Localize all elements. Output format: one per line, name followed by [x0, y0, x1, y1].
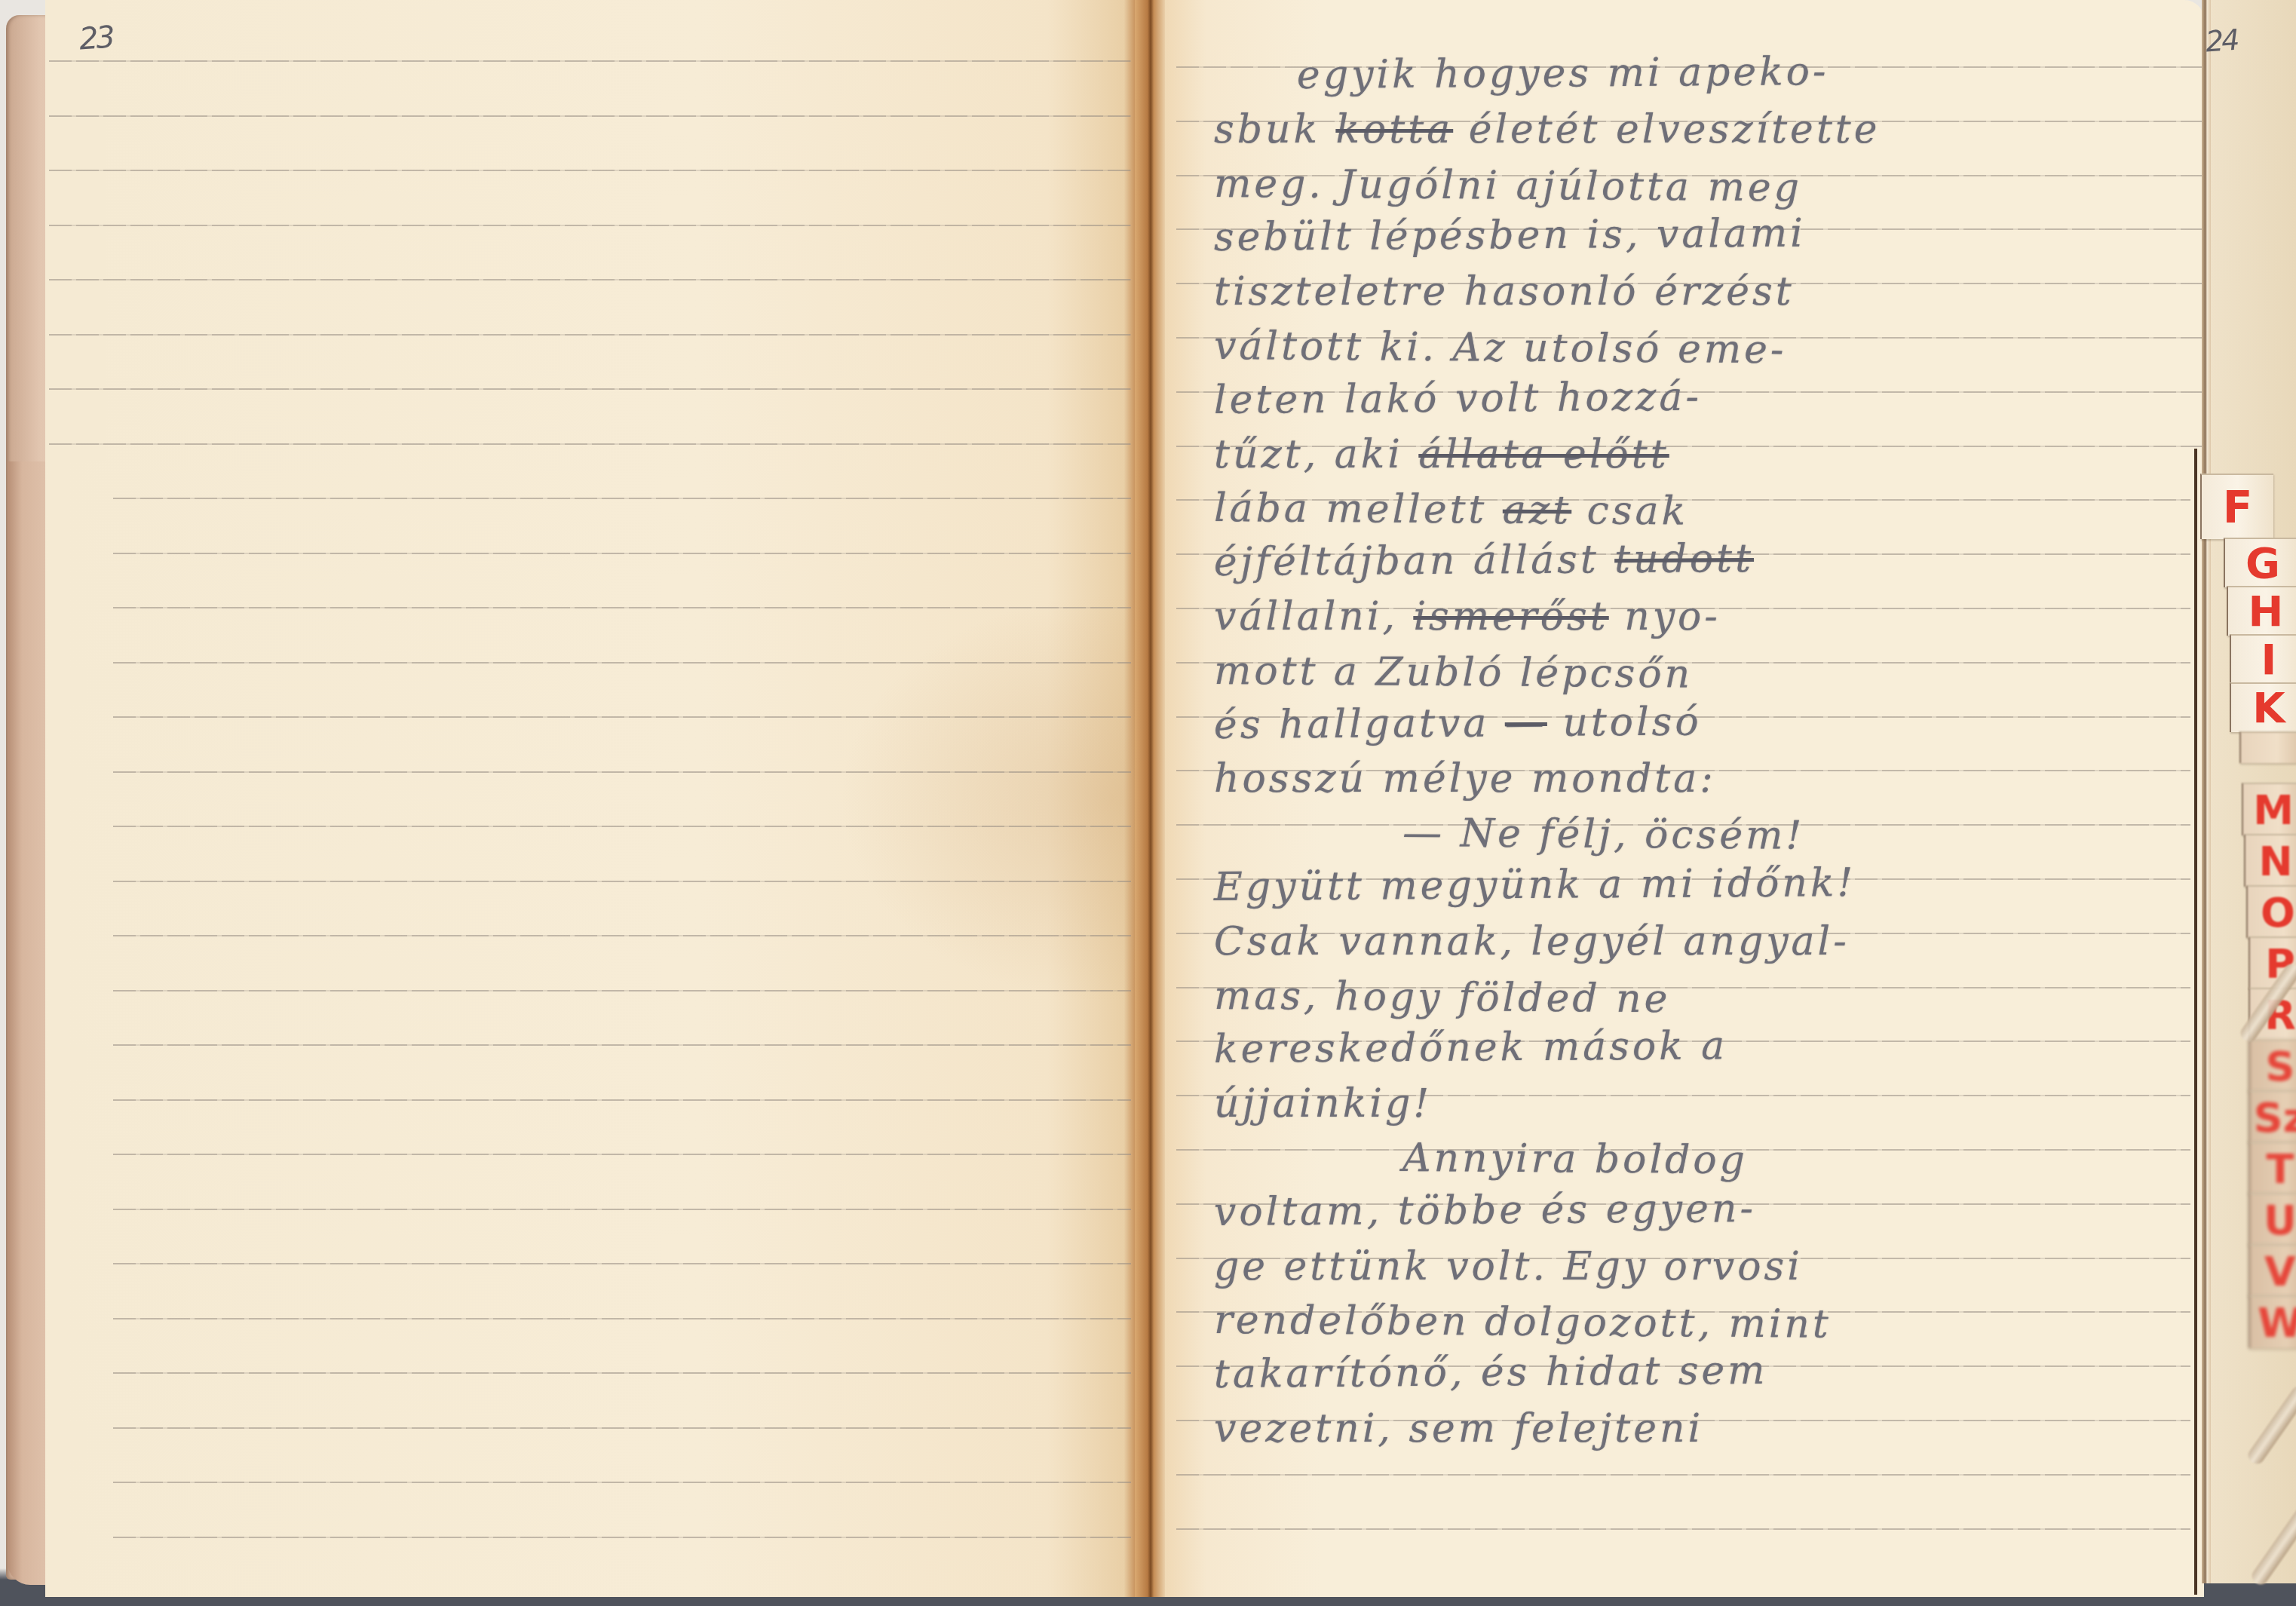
handwritten-line: leten lakó volt hozzá- [1214, 374, 1702, 423]
index-tab-letter: O [2261, 889, 2295, 936]
ruled-line [113, 935, 1131, 936]
handwritten-line: és hallgatva — utolsó [1214, 699, 1702, 748]
index-tab-letter: G [2245, 539, 2280, 588]
handwritten-line: Annyira boldog [1402, 1136, 1748, 1183]
handwritten-line: rendelőben dolgozott, mint [1214, 1298, 1832, 1347]
ruled-line [113, 553, 1131, 554]
page-number-right: 24 [2205, 23, 2239, 59]
index-tab-letter: L [2258, 725, 2284, 772]
index-tab-w[interactable]: W [2248, 1295, 2296, 1348]
handwritten-line: mas, hogy földed ne [1214, 973, 1671, 1022]
handwritten-line: éjféltájban állást tudott [1214, 536, 1754, 585]
ruled-line [49, 225, 1131, 226]
handwritten-line: újjainkig! [1214, 1081, 1432, 1126]
index-tab-letter: Sz [2254, 1094, 2296, 1142]
index-tab-letter: F [2223, 482, 2253, 533]
index-tab-u[interactable]: U [2248, 1193, 2296, 1246]
index-tab-letter: I [2261, 636, 2277, 685]
ruled-line [113, 607, 1131, 608]
book-gutter [1135, 0, 1166, 1597]
ruled-line [113, 1482, 1131, 1483]
ruled-line [113, 990, 1131, 991]
handwritten-line: — Ne félj, öcsém! [1402, 811, 1805, 859]
handwritten-line: mott a Zubló lépcsőn [1214, 648, 1694, 697]
ruled-line [113, 826, 1131, 827]
index-tab-n[interactable]: N [2244, 834, 2296, 887]
ruled-line [113, 881, 1131, 882]
handwritten-line: takarítónő, és hidat sem [1214, 1348, 1768, 1397]
handwritten-line: sbuk kotta életét elveszítette [1214, 107, 1880, 152]
ruled-line [113, 1427, 1131, 1429]
index-tab-m[interactable]: M [2242, 783, 2296, 835]
index-tab-letter: M [2253, 786, 2294, 834]
handwritten-line: kereskedőnek mások a [1214, 1024, 1728, 1073]
ruled-line [49, 170, 1131, 171]
index-tab-letter: V [2264, 1248, 2296, 1295]
handwritten-line: Csak vannak, legyél angyal- [1214, 919, 1850, 964]
handwritten-line: vezetni, sem felejteni [1214, 1406, 1703, 1451]
index-tab-t[interactable]: T [2248, 1142, 2296, 1194]
ruled-line [49, 115, 1131, 117]
index-tab-s[interactable]: S [2248, 1039, 2296, 1092]
right-page-edge [2202, 0, 2211, 1583]
index-tab-letter: N [2258, 838, 2292, 885]
handwritten-line: tűzt, aki állata előtt [1214, 432, 1669, 477]
ruled-line [113, 1209, 1131, 1210]
ruled-line [113, 1537, 1131, 1538]
index-tab-letter: T [2267, 1145, 2294, 1193]
ruled-line [49, 388, 1131, 390]
ruled-line [113, 1372, 1131, 1374]
ruled-line [113, 498, 1131, 499]
handwritten-line: ge ettünk volt. Egy orvosi [1214, 1244, 1803, 1289]
handwritten-line: hosszú mélye mondta: [1214, 756, 1716, 801]
ruled-line [49, 443, 1131, 445]
index-tab-sz[interactable]: Sz [2248, 1090, 2296, 1143]
handwritten-line: Együtt megyünk a mi időnk! [1214, 860, 1856, 910]
handwritten-line: váltott ki. Az utolsó eme- [1214, 323, 1787, 372]
ruled-line [113, 1099, 1131, 1101]
handwritten-line: lába mellett azt csak [1214, 486, 1688, 534]
page-number-left: 23 [78, 20, 114, 57]
index-tab-l[interactable]: L [2239, 731, 2296, 763]
index-tab-v[interactable]: V [2248, 1244, 2296, 1297]
ruled-line [113, 771, 1131, 773]
index-tab-letter: U [2264, 1197, 2296, 1244]
ruled-line [113, 1263, 1131, 1264]
ruled-line [49, 279, 1131, 280]
index-tab-i[interactable]: I [2230, 634, 2296, 684]
index-tab-f[interactable]: F [2200, 474, 2273, 539]
ruled-line [113, 1318, 1131, 1319]
handwritten-line: voltam, többe és egyen- [1214, 1186, 1756, 1235]
handwritten-line: egyik hogyes mi apeko- [1297, 49, 1829, 98]
handwritten-line: tiszteletre hasonló érzést [1214, 269, 1795, 314]
ruled-line [49, 60, 1131, 62]
ruled-line [1176, 1528, 2190, 1530]
left-page [45, 0, 1135, 1597]
index-tab-letter: W [2258, 1299, 2296, 1347]
index-tab-h[interactable]: H [2227, 586, 2296, 636]
handwritten-line: vállalni, ismerőst nyo- [1214, 594, 1721, 639]
ruled-line [49, 334, 1131, 336]
index-tab-letter: H [2248, 587, 2284, 636]
index-tab-letter: S [2266, 1043, 2295, 1090]
page-edge-shadow [2194, 449, 2197, 1595]
handwritten-line: meg. Jugólni ajúlotta meg [1214, 161, 1802, 210]
index-tab-g[interactable]: G [2224, 538, 2296, 587]
ruled-line [113, 1044, 1131, 1046]
ruled-line [113, 662, 1131, 664]
index-tab-o[interactable]: O [2246, 885, 2296, 938]
ruled-line [113, 716, 1131, 718]
left-page-tab-flap [45, 0, 106, 461]
handwritten-line: sebült lépésben is, valami [1214, 211, 1806, 260]
ruled-line [1176, 1474, 2190, 1476]
ruled-line [113, 1154, 1131, 1155]
